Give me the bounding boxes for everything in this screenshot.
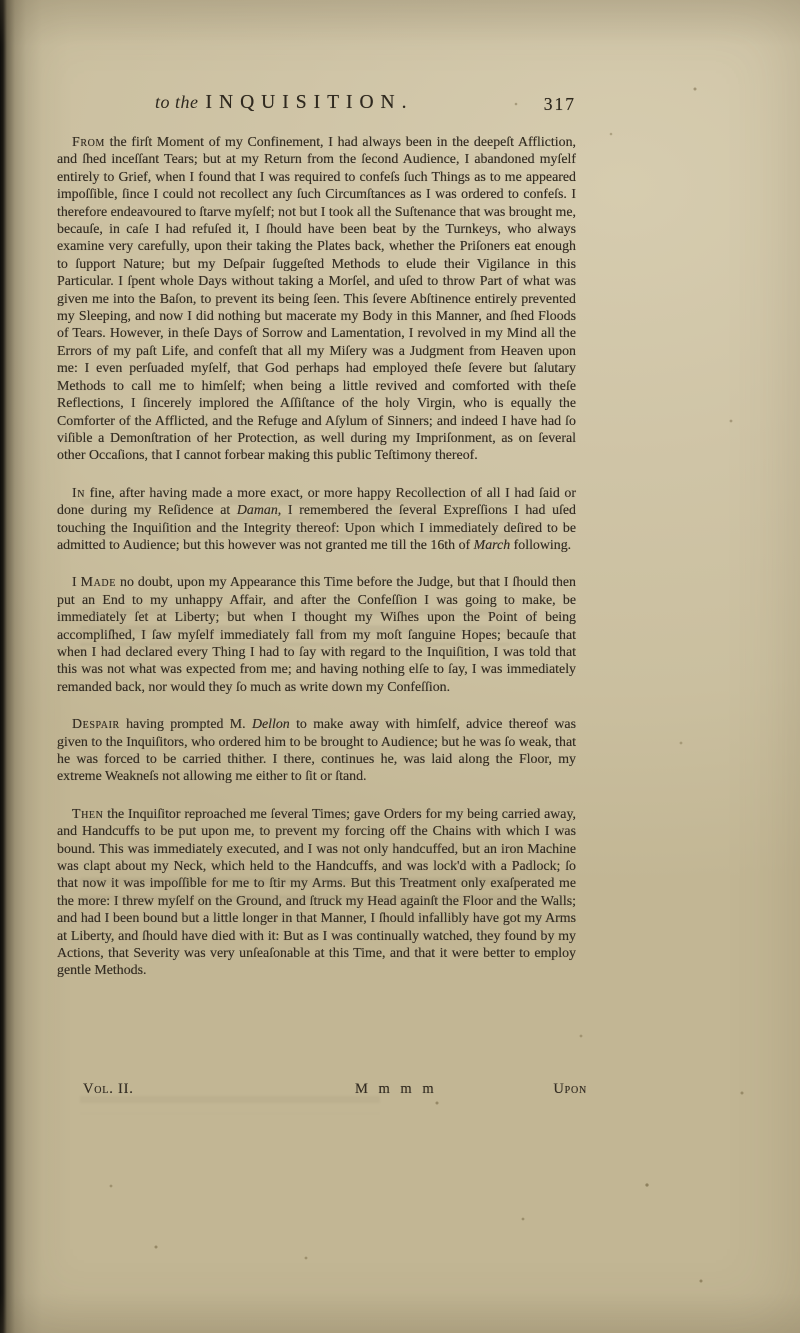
body-text: From the firſt Moment of my Confinement,… [57, 134, 576, 1000]
page-number: 317 [544, 94, 576, 115]
text-segment: I [72, 575, 81, 590]
text-segment: Then [72, 807, 103, 822]
text-segment: the firſt Moment of my Confinement, I ha… [57, 135, 576, 463]
catchword: Upon [553, 1081, 587, 1098]
running-header: to theINQUISITION. 317 [57, 92, 576, 122]
text-segment: Daman [237, 503, 278, 518]
text-segment: Despair [72, 717, 120, 732]
running-title-group: to theINQUISITION. [155, 92, 414, 114]
page-footer: Vol. II. M m m m Upon [57, 1081, 587, 1103]
running-title: INQUISITION. [206, 92, 414, 113]
text-segment: From [72, 135, 105, 150]
paragraph: Despair having prompted M. Dellon to mak… [57, 716, 576, 786]
page-bottom-shading [0, 1293, 800, 1333]
text-segment: In [72, 486, 85, 501]
page-top-shading [0, 0, 800, 46]
text-segment: March [474, 538, 511, 553]
paragraph: Then the Inquiſitor reproached me ſevera… [57, 806, 576, 980]
volume-label: Vol. II. [83, 1081, 134, 1098]
signature-mark: M m m m [355, 1081, 435, 1098]
book-page-scan: to theINQUISITION. 317 From the firſt Mo… [0, 0, 800, 1333]
text-segment: Dellon [252, 717, 290, 732]
text-segment: no doubt, upon my Appearance this Time b… [57, 575, 576, 694]
text-segment: following. [510, 538, 571, 553]
running-title-prefix: to the [155, 92, 199, 112]
text-segment: Made [81, 575, 116, 590]
paragraph: From the firſt Moment of my Confinement,… [57, 134, 576, 465]
text-segment: the Inquiſitor reproached me ſeveral Tim… [57, 807, 576, 979]
paragraph: In fine, after having made a more exact,… [57, 485, 576, 555]
text-segment: having prompted M. [120, 717, 252, 732]
paragraph: I Made no doubt, upon my Appearance this… [57, 574, 576, 696]
